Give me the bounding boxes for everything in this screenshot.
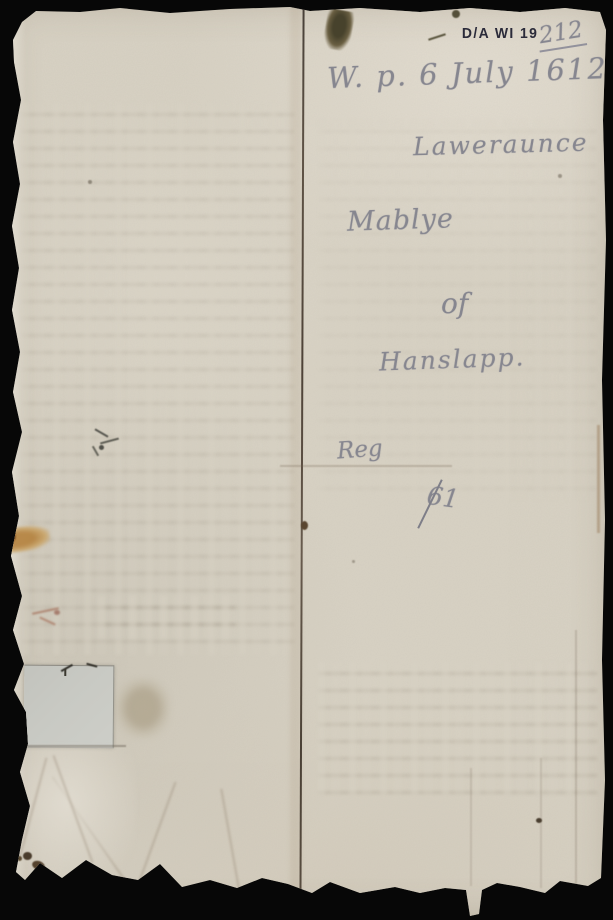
vertical-crease-2	[540, 758, 542, 888]
name-laweraunce: Laweraunce	[413, 128, 589, 162]
name-mablye: Mablye	[346, 203, 454, 238]
pencil-folio-number: 212	[535, 16, 586, 49]
ink-smudge	[82, 426, 124, 460]
red-brown-mark	[28, 604, 70, 632]
paper-speck	[352, 560, 355, 563]
crumple-line-3	[220, 789, 241, 900]
photo-stage: D/A WI 19 212 W. p. 6 July 1612 Laweraun…	[0, 0, 613, 920]
right-speck	[536, 818, 542, 823]
paper-speck	[558, 174, 562, 178]
vertical-crease-1	[575, 630, 577, 888]
patch-lip-line	[14, 745, 126, 747]
right-edge-stain-line	[597, 425, 600, 533]
top-small-mark-2	[452, 10, 460, 18]
archive-reference-stamp: D/A WI 19	[462, 25, 538, 42]
horizontal-crease	[280, 465, 452, 467]
ink-smudge-stroke	[100, 438, 119, 445]
round-water-stain	[116, 678, 170, 738]
top-edge-fiber	[78, 0, 81, 11]
ink-smudge-stroke	[95, 428, 109, 437]
place-hanslapp: Hanslapp.	[379, 342, 526, 376]
fold-dark-spot	[301, 521, 308, 530]
patch-squiggle-3	[64, 669, 66, 676]
bleedthrough-word-remnant	[98, 596, 236, 638]
probate-date-annotation: W. p. 6 July 1612	[326, 51, 608, 95]
register-number: 61	[425, 481, 461, 514]
connector-of: of	[441, 287, 468, 320]
patch-squiggle-1	[61, 664, 73, 672]
vertical-crease-3	[470, 768, 472, 886]
red-brown-dot	[54, 610, 60, 615]
bleedthrough-text-left	[22, 103, 294, 655]
patch-squiggle-2	[86, 663, 97, 668]
top-ink-blot	[322, 8, 356, 52]
register-abbreviation: Reg	[336, 435, 383, 464]
red-brown-stroke	[39, 617, 55, 626]
repair-patch	[24, 665, 115, 749]
paper-speck	[88, 180, 92, 184]
pencil-folio-number-text: 212	[535, 16, 587, 52]
bottom-speck-3	[17, 856, 22, 861]
crumple-line-2	[129, 782, 176, 907]
bottom-speck-1	[23, 852, 32, 860]
document-paper: D/A WI 19 212 W. p. 6 July 1612 Laweraun…	[0, 0, 613, 920]
ink-smudge-dot	[99, 445, 104, 450]
bleedthrough-text-right-bottom	[318, 662, 598, 794]
orange-stain-dark-spot	[5, 530, 16, 543]
top-small-mark-1	[428, 33, 446, 40]
